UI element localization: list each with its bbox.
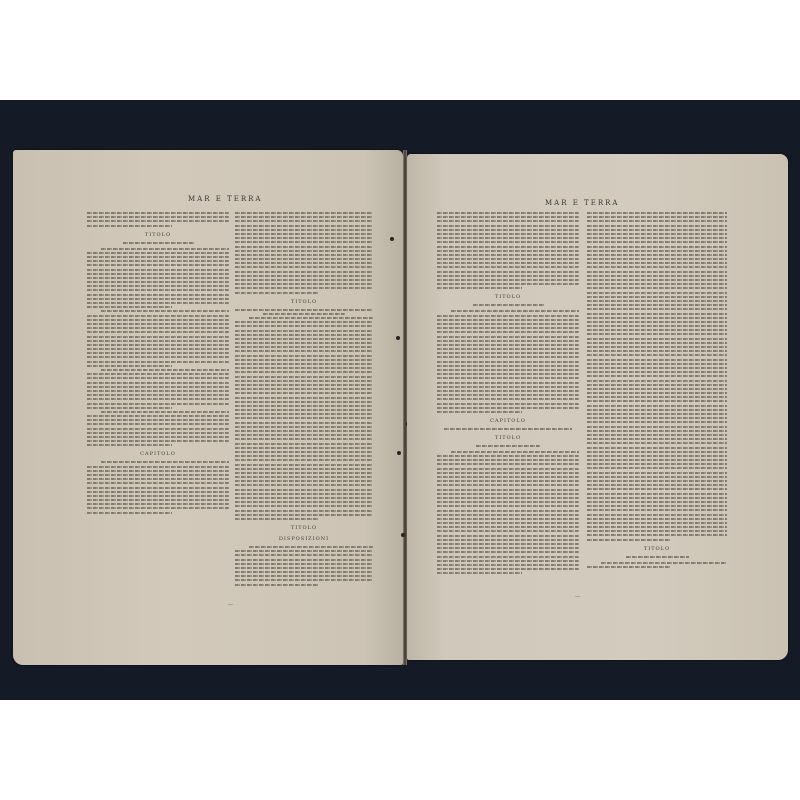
binding-hole [396, 336, 400, 340]
section-heading: TITOLO [437, 435, 579, 441]
section-heading: TITOLO [235, 525, 373, 531]
page-number-right: — [575, 594, 580, 600]
left-page-column-1: TITOLO CAPITOLO [87, 212, 229, 516]
right-page: MAR E TERRA TITOLO CAPITOLO TITOLO [407, 154, 788, 660]
right-page-column-1: TITOLO CAPITOLO TITOLO [437, 212, 579, 577]
section-subheading: DISPOSIZIONI [235, 536, 373, 542]
page-number-left: — [228, 602, 233, 608]
binding-hole [401, 533, 405, 537]
section-heading: TITOLO [437, 294, 579, 300]
running-head-left: MAR E TERRA [188, 195, 262, 203]
left-page-column-2: TITOLO TITOLO DISPOSIZIONI [235, 212, 373, 588]
section-heading: TITOLO [235, 299, 373, 305]
section-heading: TITOLO [587, 546, 727, 552]
binding-hole [390, 237, 394, 241]
section-heading: CAPITOLO [437, 418, 579, 424]
section-heading: TITOLO [87, 232, 229, 238]
binding-hole [397, 451, 401, 455]
left-page: MAR E TERRA TITOLO CAPITOLO [13, 150, 403, 665]
running-head-right: MAR E TERRA [545, 199, 619, 207]
section-heading: CAPITOLO [87, 451, 229, 457]
right-page-column-2: TITOLO [587, 212, 727, 570]
